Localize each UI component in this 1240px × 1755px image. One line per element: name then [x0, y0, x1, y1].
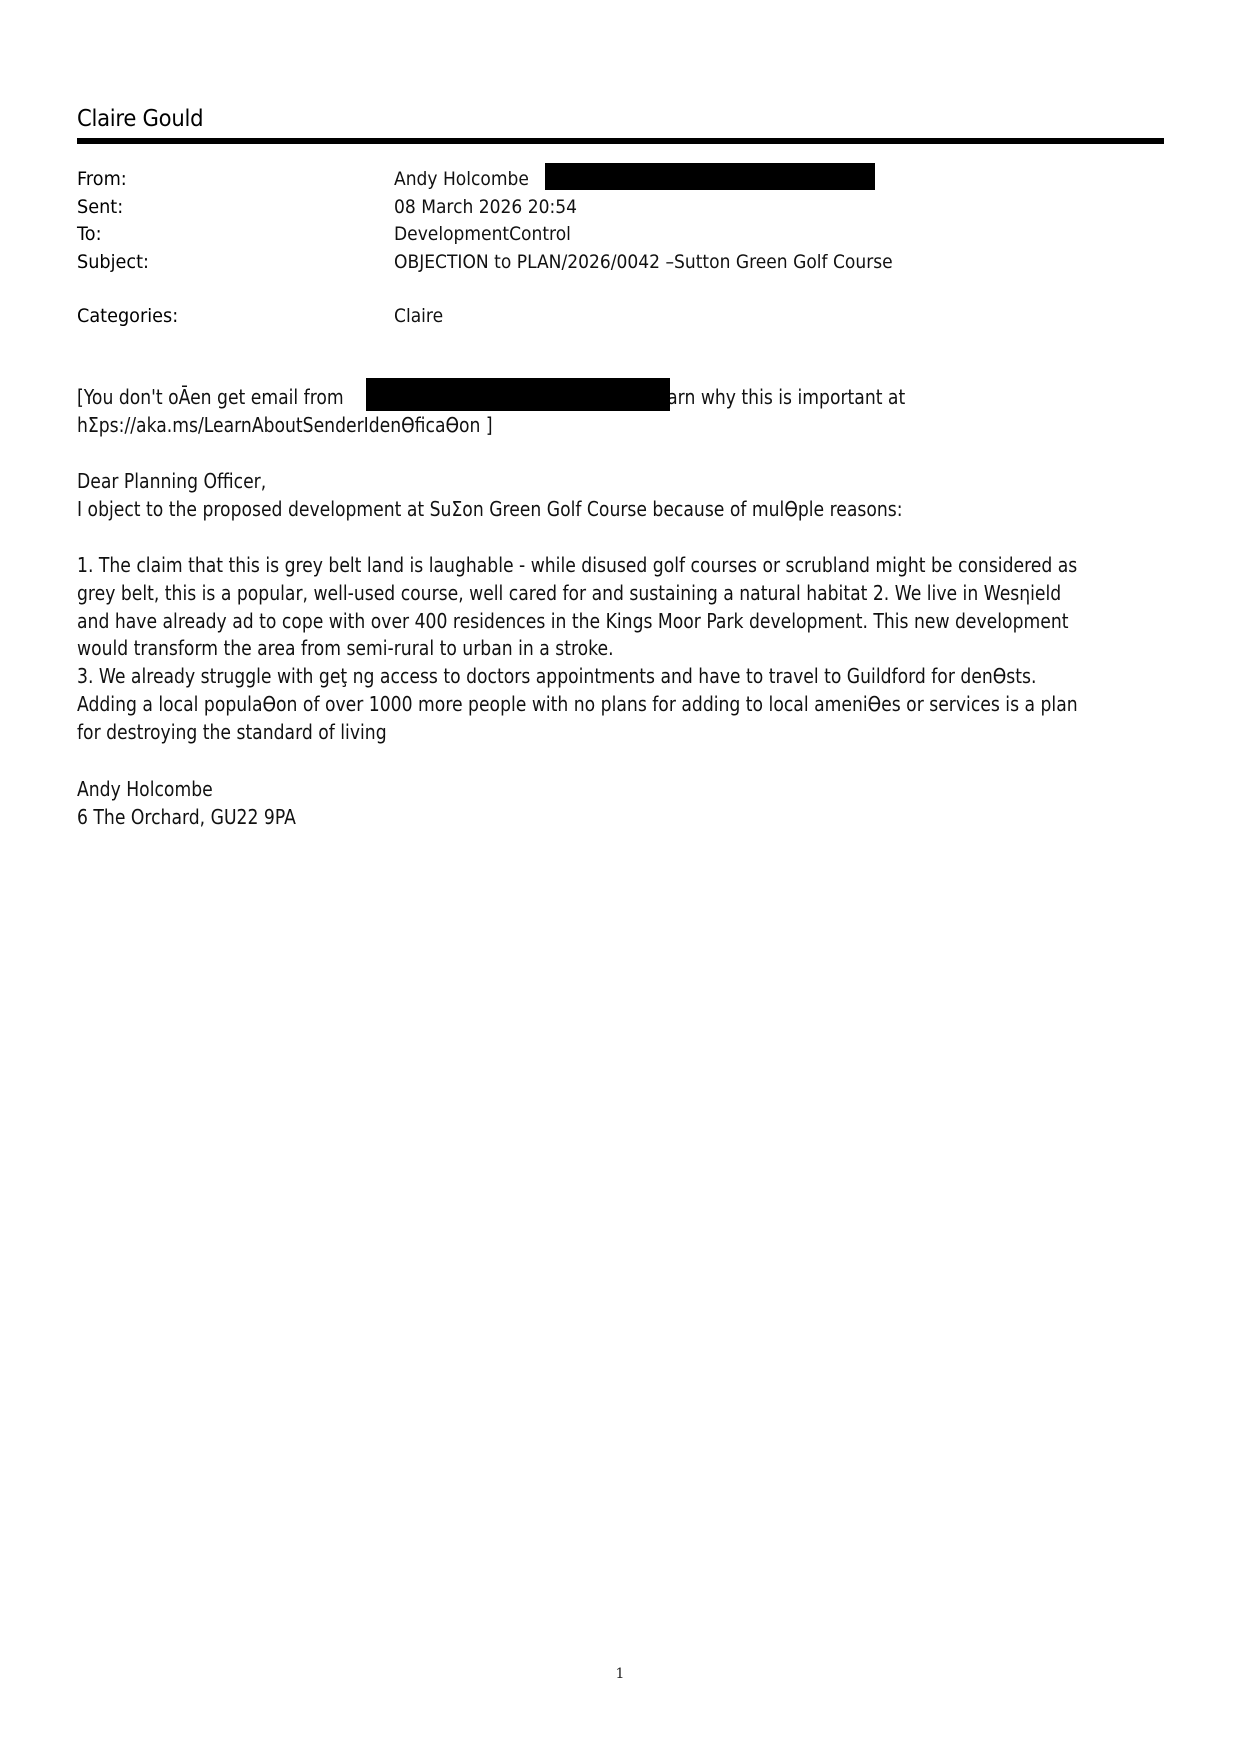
point3-line: 3. We already struggle with geţ ng acces…	[77, 663, 1014, 691]
point1-line: and have already ad to cope with over 40…	[77, 608, 1014, 636]
warning-link: hΣps://aka.ms/LearnAboutSenderIdenϴficaϴ…	[77, 412, 1014, 440]
subject-label: Subject:	[77, 249, 149, 277]
intro-sentence: I object to the proposed development at …	[77, 496, 1014, 524]
warning-text-after: Learn why this is important at	[647, 385, 905, 409]
subject-row: Subject: OBJECTION to PLAN/2026/0042 –Su…	[77, 249, 1177, 277]
categories-row: Categories: Claire	[77, 303, 1177, 331]
point1-line: grey belt, this is a popular, well-used …	[77, 580, 1014, 608]
point3-line: for destroying the standard of living	[77, 719, 1014, 747]
from-value: Andy Holcombe	[394, 166, 529, 194]
page-number: 1	[0, 1666, 1240, 1682]
signature-address: 6 The Orchard, GU22 9PA	[77, 804, 1014, 832]
greeting: Dear Planning Officer,	[77, 468, 1014, 496]
categories-value: Claire	[394, 303, 443, 331]
signature-block: Andy Holcombe 6 The Orchard, GU22 9PA	[77, 776, 1014, 832]
sent-row: Sent: 08 March 2026 20:54	[77, 194, 1177, 222]
to-label: To:	[77, 221, 102, 249]
categories-label: Categories:	[77, 303, 178, 331]
signature-name: Andy Holcombe	[77, 776, 1014, 804]
to-value: DevelopmentControl	[394, 221, 571, 249]
objection-points: 1. The claim that this is grey belt land…	[77, 552, 1014, 747]
document-page: Claire Gould From: Andy Holcombe Sent: 0…	[0, 0, 1240, 1755]
email-header: From: Andy Holcombe Sent: 08 March 2026 …	[77, 166, 1177, 331]
from-label: From:	[77, 166, 127, 194]
sent-label: Sent:	[77, 194, 123, 222]
header-divider	[77, 138, 1164, 144]
email-body-intro: Dear Planning Officer, I object to the p…	[77, 468, 1014, 524]
point1-line: would transform the area from semi-rural…	[77, 635, 1014, 663]
to-row: To: DevelopmentControl	[77, 221, 1177, 249]
subject-value: OBJECTION to PLAN/2026/0042 –Sutton Gree…	[394, 249, 893, 277]
warning-text-before: [You don't oĀen get email from	[77, 385, 344, 409]
point3-line: Adding a local populaϴon of over 1000 mo…	[77, 691, 1014, 719]
point1-line: 1. The claim that this is grey belt land…	[77, 552, 1014, 580]
redacted-sender-address	[366, 378, 670, 411]
sent-value: 08 March 2026 20:54	[394, 194, 577, 222]
mailbox-owner-name: Claire Gould	[77, 106, 203, 132]
redacted-email-address	[545, 163, 875, 190]
